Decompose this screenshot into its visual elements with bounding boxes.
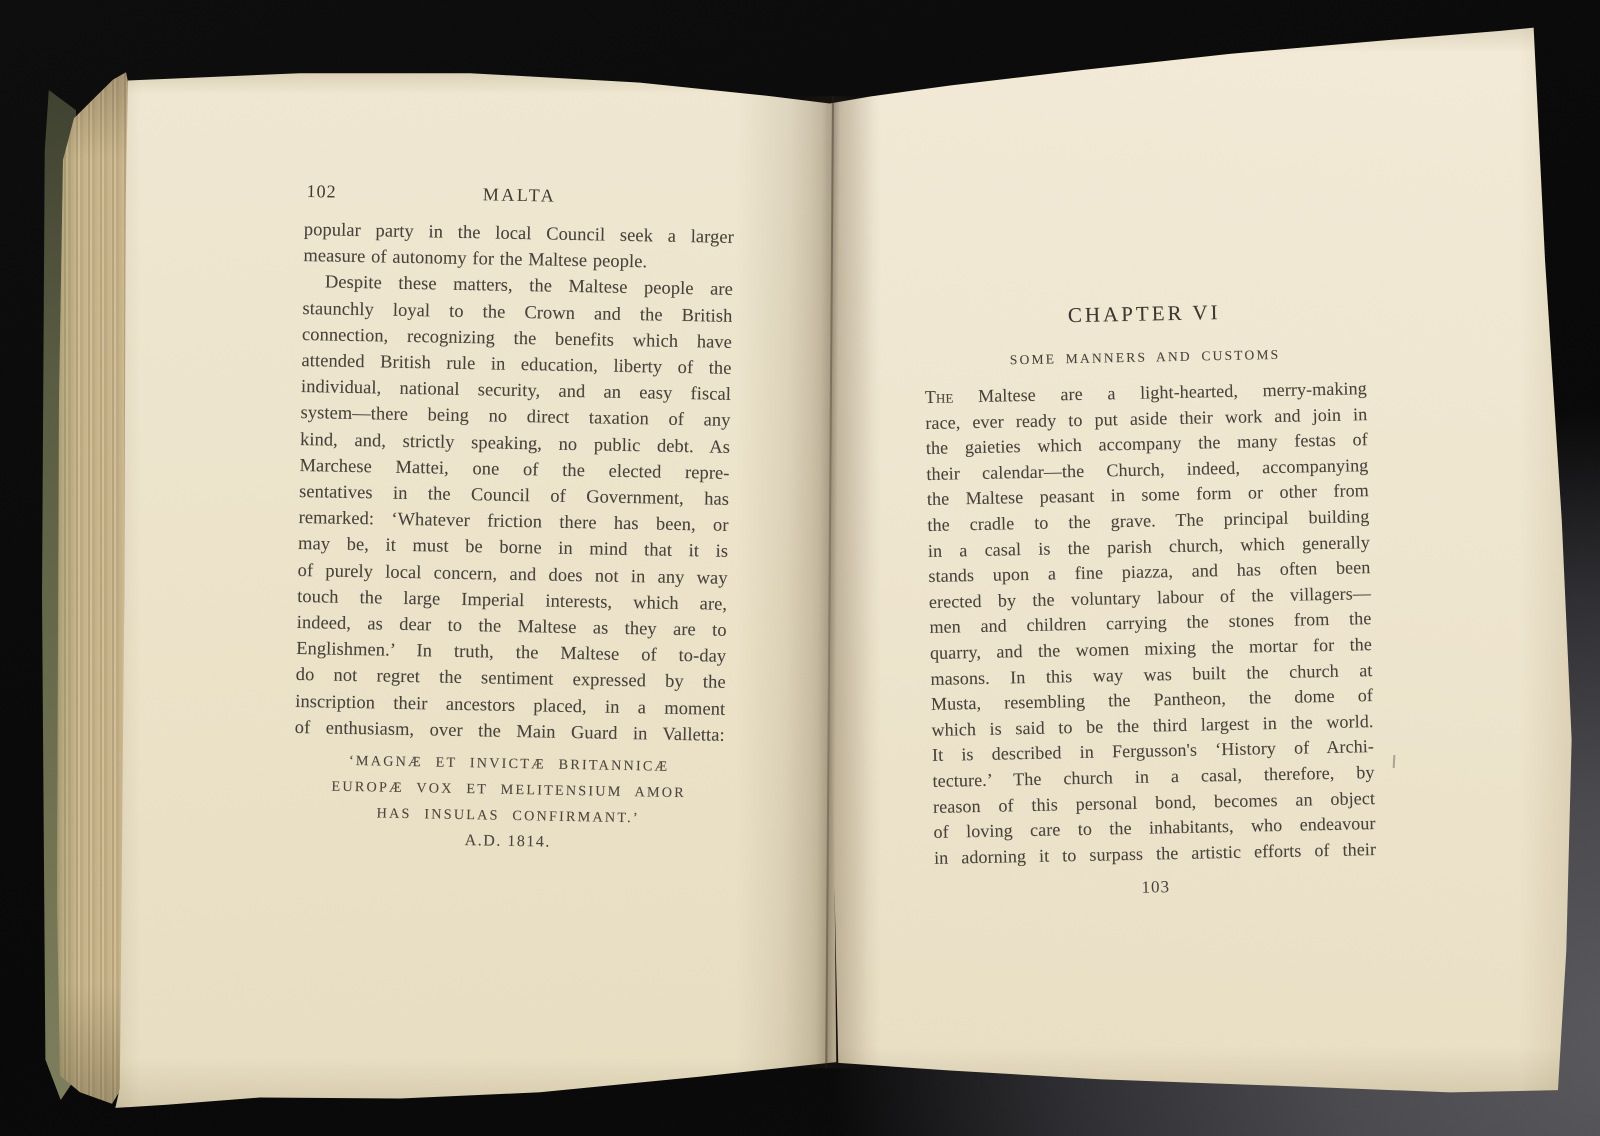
inscription-block: ‘MAGNÆ ET INVICTÆ BRITANNICÆEUROPÆ VOX E… — [293, 747, 725, 859]
inscription-lines: ‘MAGNÆ ET INVICTÆ BRITANNICÆEUROPÆ VOX E… — [293, 747, 724, 833]
photo-of-open-book: 102 MALTA popular party in the local Cou… — [0, 0, 1600, 1136]
book-gutter — [783, 96, 874, 1069]
right-paragraph: The Maltese are a light-hearted, merry-m… — [925, 376, 1377, 871]
small-caps-lead: The — [925, 386, 954, 407]
left-paragraph: popular party in the local Council seek … — [295, 216, 735, 748]
